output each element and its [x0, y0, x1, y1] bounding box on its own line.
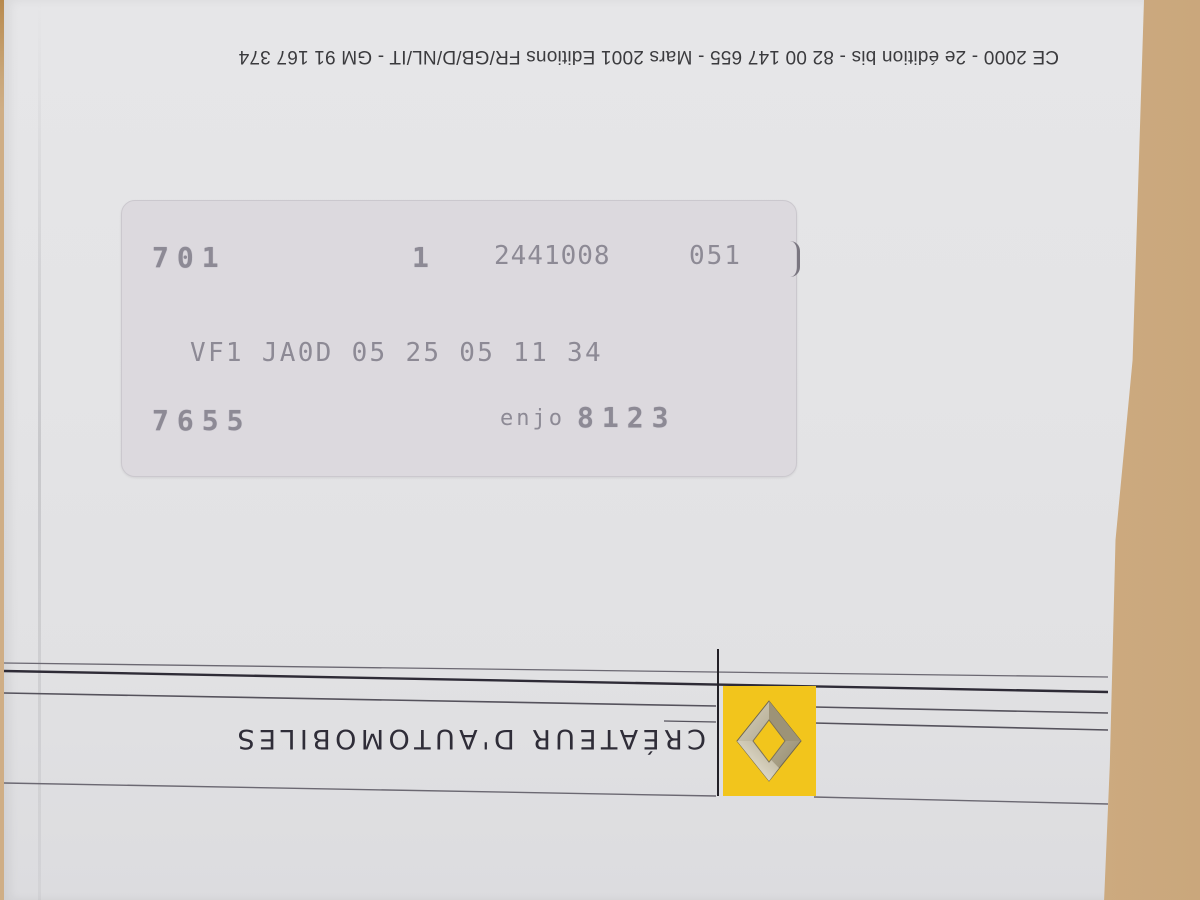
- label-suffix: 051: [689, 241, 742, 271]
- label-number: 2441008: [494, 241, 611, 271]
- dealer-sticker-label: 701 1 2441008 051 VF1 JA0D 05 25 05 11 3…: [121, 200, 797, 477]
- label-number-bottom: 8123: [577, 401, 676, 434]
- label-text: enjo: [500, 406, 565, 431]
- renault-diamond-icon: [733, 698, 805, 784]
- label-code: 7655: [152, 404, 251, 437]
- label-vin: VF1 JA0D 05 25 05 11 34: [190, 338, 603, 368]
- edition-print-line: CE 2000 - 2e édition bis - 82 00 147 655…: [189, 40, 1059, 72]
- tagline: CRÉATEUR D'AUTOMOBILES: [266, 716, 706, 760]
- vertical-rule: [717, 649, 719, 796]
- manual-cover: CE 2000 - 2e édition bis - 82 00 147 655…: [4, 0, 1144, 900]
- label-code-a: 701: [152, 241, 227, 274]
- label-tear-edge: [789, 241, 800, 277]
- label-code-b: 1: [412, 241, 437, 274]
- renault-logo-box: [723, 686, 816, 796]
